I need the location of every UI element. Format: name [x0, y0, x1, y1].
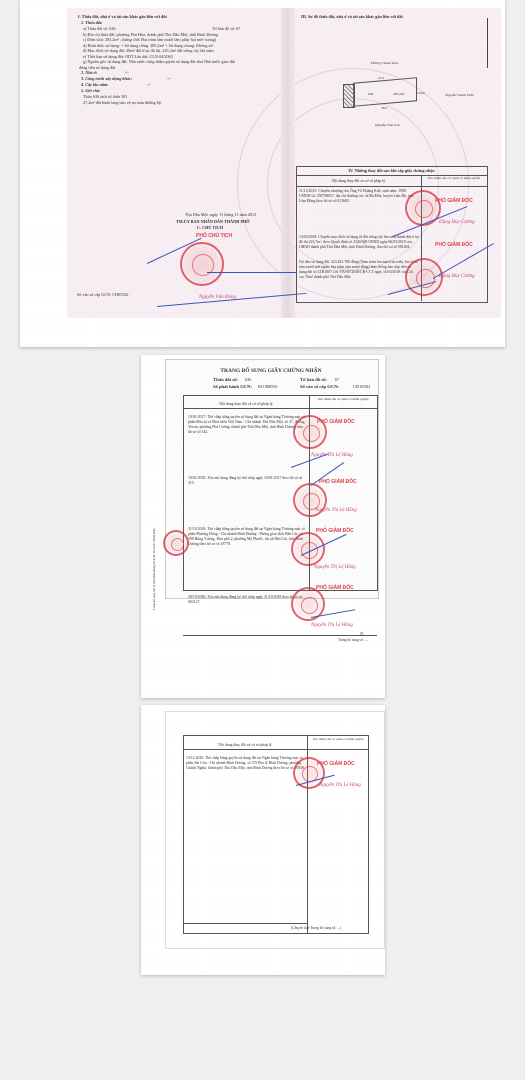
supplement-entry: 18/01/2018: Xóa nội dung đăng ký thế chấ… [188, 476, 306, 486]
supplement-page-1: TRANG BỔ SUNG GIẤY CHỨNG NHẬN Thửa đất s… [141, 355, 385, 698]
map-label-parcel: 636 [368, 91, 373, 97]
supplement-entry: 28/10/2020: Xóa nội dung đăng ký thế chấ… [188, 595, 306, 605]
signer-role: PHÓ GIÁM ĐỐC [317, 419, 355, 425]
item-trees-value: -/- [147, 82, 151, 88]
certificate-page-1: I. Thửa đất, nhà ở và tài sản khác gắn l… [20, 0, 505, 347]
item-construction-value: -/- [167, 76, 171, 82]
map-label-bottom-length: 28,5 [381, 105, 387, 111]
red-seal-stamp [291, 532, 325, 566]
section-heading: III. Sơ đồ thửa đất, nhà ở và tài sản kh… [301, 14, 403, 20]
supplement-footer: Trang bổ sung số: .... [338, 637, 368, 643]
side-note: Trang bổ sung này là một phần không tách… [151, 528, 157, 610]
change-entry: 14/03/2018: Chuyển mục đích sử dụng từ đ… [299, 235, 419, 250]
signer-name: Nguyễn Thị Lệ Hằng [311, 623, 353, 628]
table-bottom [183, 635, 377, 636]
land-info-section: I. Thửa đất, nhà ở và tài sản khác gắn l… [67, 8, 285, 318]
signer-name: Nguyễn Thị Lệ Hằng [315, 508, 357, 513]
red-seal-stamp [405, 258, 443, 296]
place-date: Thủ Dầu Một, ngày 11 tháng 11 năm 2013 [185, 212, 256, 218]
parcel-hatched-strip [343, 84, 355, 108]
signer-name: Đặng Huy Cường [439, 220, 475, 225]
continuation-footer: (Chuyển tiếp Trang bổ sung số: ...) [291, 925, 341, 931]
signer-name: Nguyễn Thị Lệ Hằng [319, 783, 361, 788]
change-entry: Nợ tiền sử dụng đất: 523.281.780 đồng (N… [299, 260, 419, 280]
column-header-content: Nội dung thay đổi và cơ sở pháp lý [183, 401, 309, 407]
table-divider [296, 186, 487, 187]
column-header-content: Nội dung thay đổi và cơ sở pháp lý [296, 178, 421, 184]
map-sheet-value: 67 [335, 377, 339, 383]
supplement-title: TRANG BỔ SUNG GIẤY CHỨNG NHẬN [171, 368, 371, 374]
authority-sub: C. CHỦ TỊCH [197, 225, 223, 231]
registry-value: CH 05582 [353, 384, 370, 390]
column-header-confirmation: Xác nhận của cơ quan có thẩm quyền [423, 176, 485, 181]
table-divider [183, 923, 307, 924]
registry-label: Số vào sổ cấp GCN: [300, 384, 339, 390]
supplement-page-2: Nội dung thay đổi và cơ sở pháp lý Xác n… [141, 705, 385, 975]
red-seal-stamp [405, 190, 441, 226]
map-label-road: Đường Thanh Thảo [371, 60, 399, 66]
parcel-map-section: III. Sơ đồ thửa đất, nhà ở và tài sản kh… [293, 8, 501, 318]
parcel-number-value: 636 [245, 377, 251, 383]
map-label-side-length: 10,00 [417, 90, 425, 96]
map-label-area: 285,2m² [393, 91, 405, 97]
map-label-east: Nguyễn Thanh Tuấn [445, 92, 474, 98]
issue-number-value: BO 808556 [258, 384, 277, 390]
parcel-outline [353, 77, 417, 107]
changes-title: IV. Những thay đổi sau khi cấp giấy chứn… [296, 168, 487, 174]
signature-stroke [207, 272, 297, 273]
change-entry: 11/12/2015: Chuyển nhượng cho Ông Võ Hoà… [299, 189, 419, 204]
signer-name: Đặng Huy Cường [439, 274, 475, 279]
parcel-number-label: Thửa đất số: [213, 377, 238, 383]
supplement-entry: 19/01/2017: Thế chấp bằng quyền sử dụng … [188, 415, 306, 435]
signer-role: PHÓ GIÁM ĐỐC [317, 761, 355, 767]
table-divider [183, 408, 377, 409]
north-arrow-scale [487, 18, 488, 68]
column-header-confirmation: Xác nhận của cơ quan có thẩm quyền [311, 397, 375, 401]
column-header-content: Nội dung thay đổi và cơ sở pháp lý [183, 742, 307, 748]
signer-name: Nguyễn Thị Lệ Hằng [314, 565, 356, 570]
issue-number-label: Số phát hành GCN: [213, 384, 252, 390]
signer-role: PHÓ GIÁM ĐỐC [435, 242, 473, 248]
map-label-south: Nguyễn Thái Sơn [375, 122, 400, 128]
signer-role: PHÓ GIÁM ĐỐC [316, 585, 354, 591]
certificate-spread: I. Thửa đất, nhà ở và tài sản khác gắn l… [67, 8, 501, 318]
red-seal-stamp-margin [163, 530, 189, 556]
signer-role: PHÓ GIÁM ĐỐC [319, 479, 357, 485]
signer-role: PHÓ GIÁM ĐỐC [316, 528, 354, 534]
signer-role: PHÓ GIÁM ĐỐC [435, 198, 473, 204]
supplement-entry: 13/11/2020: Thế chấp bằng quyền sử dụng … [186, 756, 306, 771]
signer-name: Nguyễn Văn Đông [199, 295, 236, 300]
supplement-entry: 31/10/2018: Thế chấp bằng quyền sử dụng … [188, 527, 306, 547]
note-line: 27,2m² đất hành lang bảo vệ an toàn đườn… [83, 100, 162, 106]
table-divider [183, 749, 368, 750]
map-label-top-length: 27,2 [378, 75, 384, 81]
map-sheet-label: Tờ bản đồ số: [300, 377, 327, 383]
column-header-confirmation: Xác nhận của cơ quan có thẩm quyền [309, 737, 367, 741]
registry-number: Số vào sổ cấp GCN: CH05582 [77, 292, 129, 298]
red-seal-stamp [180, 242, 224, 286]
